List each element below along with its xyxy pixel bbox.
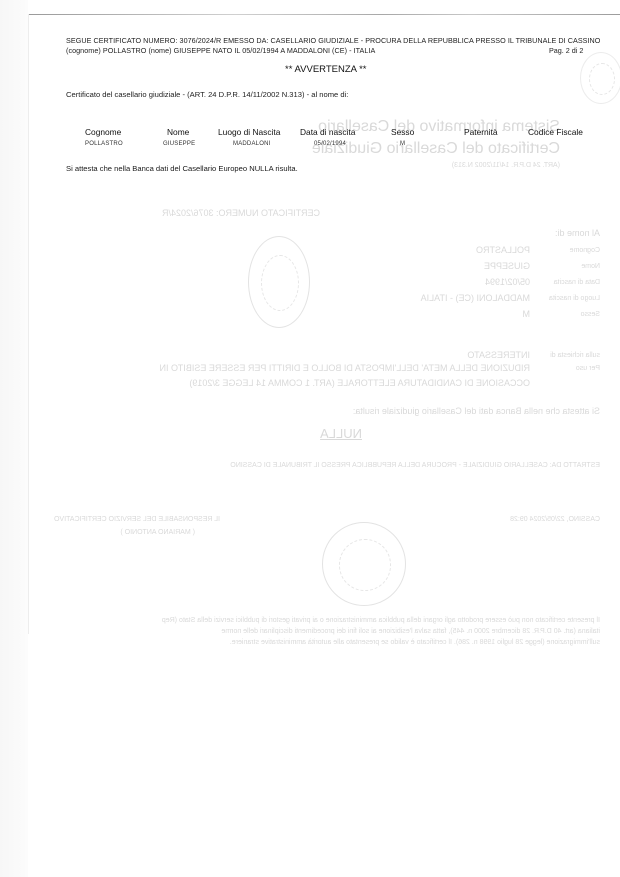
faint-seal-procura	[322, 522, 406, 606]
bleed-attesta: Si attesta che nella Banca dati del Case…	[353, 406, 600, 416]
scan-margin	[0, 0, 28, 877]
certificate-reference: Certificato del casellario giudiziale - …	[66, 90, 348, 99]
bleed-title-2: Certificato del Casellario Giudiziale	[312, 140, 560, 158]
header-certificate-line: SEGUE CERTIFICATO NUMERO: 3076/2024/R EM…	[66, 36, 600, 45]
bleed-value-data: 05/02/1994	[485, 277, 530, 287]
column-header-codice-fiscale: Codice Fiscale	[528, 127, 583, 137]
bleed-label-nome: Nome	[581, 263, 600, 270]
scan-top-edge	[28, 14, 620, 15]
column-header-cognome: Cognome	[85, 127, 121, 137]
bleed-place-date: CASSINO, 22/05/2024 09:28	[510, 516, 600, 523]
document-page: Sistema informativo del Casellario Certi…	[0, 0, 620, 877]
column-header-data: Data di nascita	[300, 127, 355, 137]
bleed-cert-number: CERTIFICATO NUMERO: 3076/2024/R	[162, 208, 320, 218]
bleed-uso-value-1: RIDUZIONE DELLA META' DELL'IMPOSTA DI BO…	[159, 363, 530, 373]
bleed-al-nome: Al nome di:	[555, 228, 600, 238]
scan-left-edge	[28, 14, 29, 634]
faint-seal-upper	[248, 236, 310, 328]
bleed-responsabile: IL RESPONSABILE DEL SERVIZIO CERTIFICATI…	[54, 516, 220, 523]
bleed-subtitle: (ART. 24 D.P.R. 14/11/2002 N.313)	[452, 162, 560, 169]
bleed-label-sesso: Sesso	[581, 311, 600, 318]
bleed-value-cognome: POLLASTRO	[476, 245, 530, 255]
cell-nome: GIUSEPPE	[163, 141, 195, 147]
bleed-richiesta-label: sulla richiesta di	[550, 352, 600, 359]
bleed-estratto: ESTRATTO DA: CASELLARIO GIUDIZIALE - PRO…	[230, 462, 600, 469]
cell-data: 05/02/1994	[314, 141, 346, 147]
european-records-statement: Si attesta che nella Banca dati del Case…	[66, 164, 298, 173]
bleed-footer-2: italiana (art. 40 D.P.R. 28 dicembre 200…	[221, 628, 600, 635]
bleed-responsabile-name: ( MARIANO ANTONIO )	[120, 529, 195, 536]
column-header-sesso: Sesso	[391, 127, 414, 137]
cell-cognome: POLLASTRO	[85, 141, 123, 147]
column-header-paternita: Paternità	[464, 127, 498, 137]
bleed-value-sesso: M	[523, 309, 531, 319]
bleed-nulla: NULLA	[320, 426, 362, 441]
bleed-label-cognome: Cognome	[570, 247, 600, 254]
column-header-nome: Nome	[167, 127, 189, 137]
bleed-label-data: Data di nascita	[554, 279, 600, 286]
notice-title: ** AVVERTENZA **	[285, 64, 367, 75]
header-person-line: (cognome) POLLASTRO (nome) GIUSEPPE NATO…	[66, 46, 375, 55]
bleed-footer-1: Il presente certificato non può essere p…	[162, 617, 600, 624]
bleed-richiesta-value: INTERESSATO	[467, 350, 530, 360]
bleed-uso-value-2: OCCASIONE DI CANDIDATURA ELETTORALE (ART…	[189, 378, 530, 388]
faint-emblem	[580, 52, 620, 104]
bleed-footer-3: sull'immigrazione (legge 28 luglio 1998 …	[230, 639, 600, 646]
bleed-uso-label: Per uso	[576, 365, 600, 372]
cell-sesso: M	[400, 141, 405, 147]
bleed-label-luogo: Luogo di nascita	[549, 295, 600, 302]
column-header-luogo: Luogo di Nascita	[218, 127, 280, 137]
cell-luogo: MADDALONI	[233, 141, 270, 147]
page-indicator: Pag. 2 di 2	[549, 46, 583, 55]
bleed-value-nome: GIUSEPPE	[484, 261, 530, 271]
bleed-value-luogo: MADDALONI (CE) - ITALIA	[421, 293, 530, 303]
